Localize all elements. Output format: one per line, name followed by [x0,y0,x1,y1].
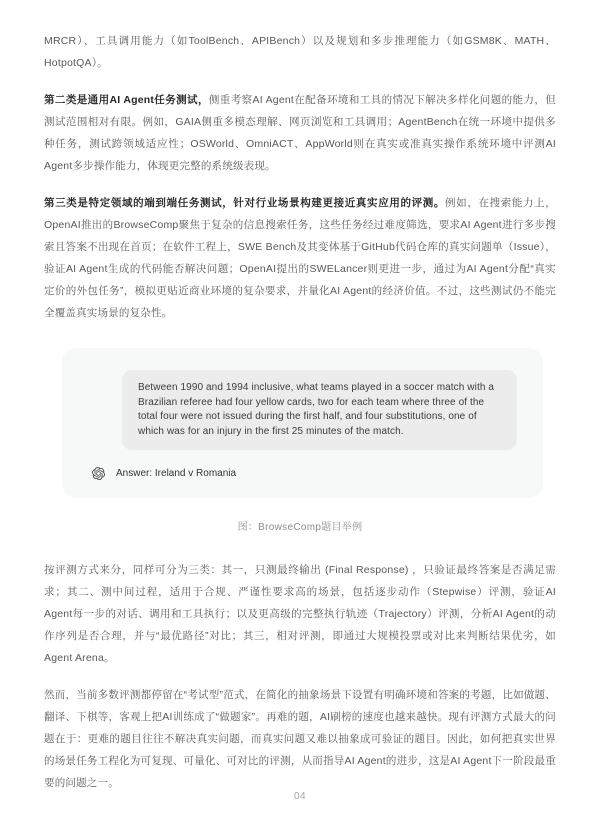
question-bubble: Between 1990 and 1994 inclusive, what te… [122,370,517,450]
answer-row: Answer: Ireland v Romania [92,467,517,480]
paragraph-type2: 第二类是通用AI Agent任务测试，侧重考察AI Agent在配备环境和工具的… [44,89,556,177]
page-content: MRCR）、工具调用能力（如ToolBench、APIBench）以及规划和多步… [0,0,600,794]
figure-caption: 图：BrowseComp题目举例 [44,518,556,533]
paragraph-conclusion: 然而，当前多数评测都停留在“考试型”范式，在简化的抽象场景下设置有明确环境和答案… [44,684,556,794]
paragraph-type3: 第三类是特定领域的端到端任务测试，针对行业场景构建更接近真实应用的评测。例如，在… [44,192,556,324]
document-page: MRCR）、工具调用能力（如ToolBench、APIBench）以及规划和多步… [0,0,600,828]
openai-logo-icon [92,467,105,480]
answer-text: Answer: Ireland v Romania [116,468,236,479]
paragraph-type3-lead: 第三类是特定领域的端到端任务测试，针对行业场景构建更接近真实应用的评测。 [44,197,445,209]
page-number: 04 [0,791,600,802]
paragraph-type2-lead: 第二类是通用AI Agent任务测试， [44,94,209,106]
paragraph-type3-body: 例如，在搜索能力上，OpenAI推出的BrowseComp聚焦于复杂的信息搜索任… [44,197,556,319]
paragraph-capability-continued: MRCR）、工具调用能力（如ToolBench、APIBench）以及规划和多步… [44,30,556,74]
paragraph-eval-methods: 按评测方式来分，同样可分为三类：其一，只测最终输出 (Final Respons… [44,559,556,669]
browsecomp-example-figure: Between 1990 and 1994 inclusive, what te… [62,348,543,498]
